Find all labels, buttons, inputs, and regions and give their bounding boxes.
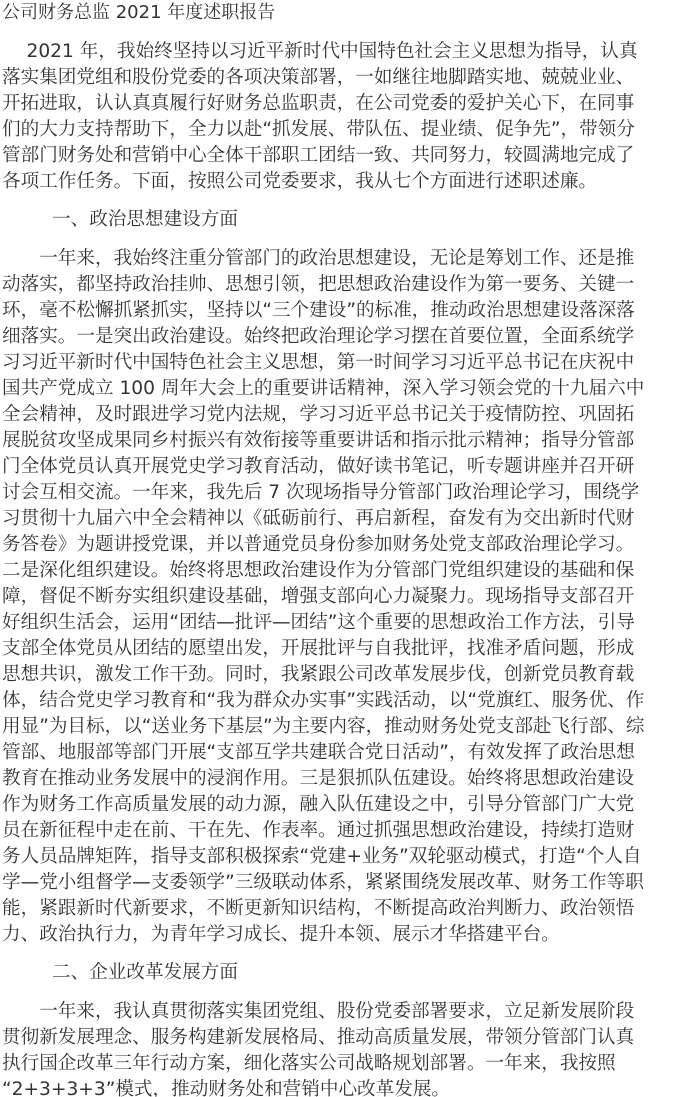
text-line: 习习近平新时代中国特色社会主义思想，第一时间学习习近平总书记在庆祝中 [2, 350, 645, 376]
section2-paragraph: 一年来，我认真贯彻落实集团党组、股份党委部署要求，立足新发展阶段 贯彻新发展理念… [2, 999, 634, 1097]
text-line: 力、政治执行力，为青年学习成长、提升本领、展示才华搭建平台。 [2, 922, 645, 948]
text-line: 2021 年，我始终坚持以习近平新时代中国特色社会主义思想为指导，认真 [2, 39, 638, 65]
text-line: “2+3+3+3”模式，推动财务处和营销中心改革发展。 [2, 1077, 634, 1097]
text-line: 们的大力支持帮助下，全力以赴“抓发展、带队伍、提业绩、促争先”，带领分 [2, 117, 638, 143]
text-line: 用显”为目标，以“送业务下基层”为主要内容，推动财务处党支部赴飞行部、综 [2, 714, 645, 740]
text-line: 管部门财务处和营销中心全体干部职工团结一致、共同努力，较圆满地完成了 [2, 143, 638, 169]
section-heading-reform: 二、企业改革发展方面 [52, 960, 238, 986]
text-line: 教育在推动业务发展中的浸润作用。三是狠抓队伍建设。始终将思想政治建设 [2, 766, 645, 792]
text-line: 开拓进取，认认真真履行好财务总监职责，在公司党委的爱护关心下，在同事 [2, 91, 638, 117]
section-heading-political: 一、政治思想建设方面 [52, 207, 238, 233]
text-line: 一年来，我认真贯彻落实集团党组、股份党委部署要求，立足新发展阶段 [2, 999, 634, 1025]
text-line: 落实集团党组和股份党委的各项决策部署，一如继往地脚踏实地、兢兢业业、 [2, 65, 638, 91]
text-line: 二是深化组织建设。始终将思想政治建设作为分管部门党组织建设的基础和保 [2, 558, 645, 584]
text-line: 务人员品牌矩阵，指导支部积极探索“党建+业务”双轮驱动模式，打造“个人自 [2, 844, 645, 870]
text-line: 执行国企改革三年行动方案，细化落实公司战略规划部署。一年来，我按照 [2, 1051, 634, 1077]
text-line: 各项工作任务。下面，按照公司党委要求，我从七个方面进行述职述廉。 [2, 169, 638, 195]
intro-paragraph: 2021 年，我始终坚持以习近平新时代中国特色社会主义思想为指导，认真 落实集团… [2, 39, 638, 195]
text-line: 环，毫不松懈抓紧抓实，坚持以“三个建设”的标准，推动政治思想建设落深落 [2, 298, 645, 324]
text-line: 贯彻新发展理念、服务构建新发展格局、推动高质量发展，带领分管部门认真 [2, 1025, 634, 1051]
text-line: 展脱贫攻坚成果同乡村振兴有效衔接等重要讲话和指示批示精神；指导分管部 [2, 428, 645, 454]
document-title: 公司财务总监 2021 年度述职报告 [2, 1, 275, 25]
text-line: 动落实，都坚持政治挂帅、思想引领，把思想政治建设作为第一要务、关键一 [2, 272, 645, 298]
section1-paragraph: 一年来，我始终注重分管部门的政治思想建设，无论是筹划工作、还是推 动落实，都坚持… [2, 246, 645, 948]
text-line: 思想共识，激发工作干劲。同时，我紧跟公司改革发展步伐，创新党员教育载 [2, 662, 645, 688]
text-line: 讨会互相交流。一年来，我先后 7 次现场指导分管部门政治理论学习，围绕学 [2, 480, 645, 506]
text-line: 全会精神，及时跟进学习党内法规，学习习近平总书记关于疫情防控、巩固拓 [2, 402, 645, 428]
text-line: 支部全体党员从团结的愿望出发，开展批评与自我批评，找准矛盾问题，形成 [2, 636, 645, 662]
text-line: 学—党小组督学—支委领学”三级联动体系，紧紧围绕发展改革、财务工作等职 [2, 870, 645, 896]
text-line: 门全体党员认真开展党史学习教育活动，做好读书笔记，听专题讲座并召开研 [2, 454, 645, 480]
text-line: 管部、地服部等部门开展“支部互学共建联合党日活动”，有效发挥了政治思想 [2, 740, 645, 766]
text-line: 能，紧跟新时代新要求，不断更新知识结构，不断提高政治判断力、政治领悟 [2, 896, 645, 922]
text-line: 习贯彻十九届六中全会精神以《砥砺前行、再启新程，奋发有为交出新时代财 [2, 506, 645, 532]
text-line: 务答卷》为题讲授党课，并以普通党员身份参加财务处党支部政治理论学习。 [2, 532, 645, 558]
text-line: 作为财务工作高质量发展的动力源，融入队伍建设之中，引导分管部门广大党 [2, 792, 645, 818]
text-line: 好组织生活会，运用“团结—批评—团结”这个重要的思想政治工作方法，引导 [2, 610, 645, 636]
text-line: 员在新征程中走在前、干在先、作表率。通过抓强思想政治建设，持续打造财 [2, 818, 645, 844]
text-line: 一年来，我始终注重分管部门的政治思想建设，无论是筹划工作、还是推 [2, 246, 645, 272]
text-line: 体，结合党史学习教育和“我为群众办实事”实践活动，以“党旗红、服务优、作 [2, 688, 645, 714]
text-line: 国共产党成立 100 周年大会上的重要讲话精神，深入学习领会党的十九届六中 [2, 376, 645, 402]
text-line: 细落实。一是突出政治建设。始终把政治理论学习摆在首要位置，全面系统学 [2, 324, 645, 350]
text-line: 障，督促不断夯实组织建设基础，增强支部向心力凝聚力。现场指导支部召开 [2, 584, 645, 610]
